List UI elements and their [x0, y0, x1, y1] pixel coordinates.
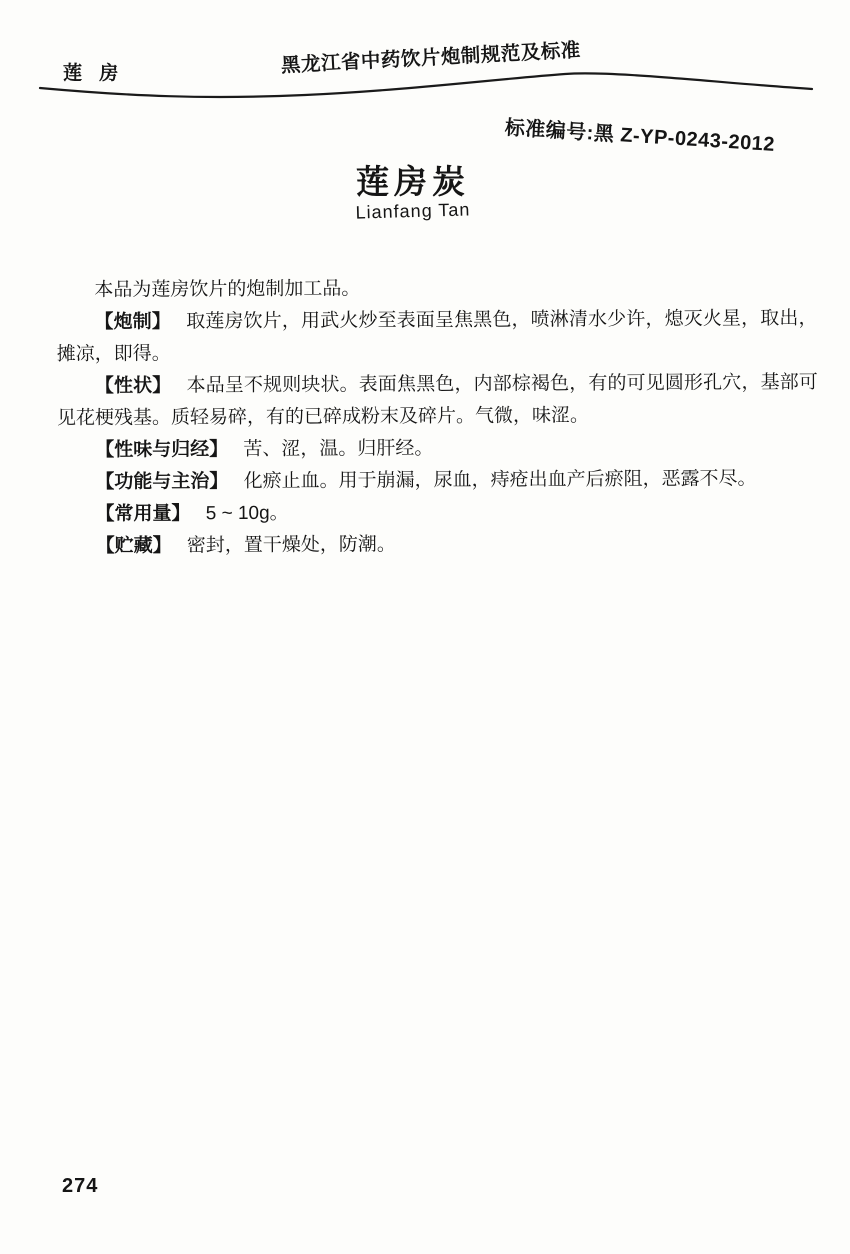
page-number: 274 [62, 1175, 98, 1198]
document-page: 莲 房 黑龙江省中药饮片炮制规范及标准 标准编号:黑 Z-YP-0243-201… [0, 0, 850, 1254]
section-text: 密封，置干燥处，防潮。 [187, 534, 396, 556]
section-label: 【功能与主治】 [95, 471, 228, 493]
running-head-center: 黑龙江省中药饮片炮制规范及标准 [280, 34, 581, 78]
section-text: 5 ~ 10g。 [206, 503, 289, 524]
monograph-paragraph: 【常用量】5 ~ 10g。 [57, 495, 818, 531]
monograph-paragraph: 【性状】本品呈不规则块状。表面焦黑色，内部棕褐色，有的可见圆形孔穴，基部可见花梗… [57, 367, 818, 435]
monograph-body: 本品为莲房饮片的炮制加工品。【炮制】取莲房饮片，用武火炒至表面呈焦黑色，喷淋清水… [56, 271, 818, 563]
monograph-paragraph: 【炮制】取莲房饮片，用武火炒至表面呈焦黑色，喷淋清水少许，熄灭火星，取出，摊凉，… [56, 303, 817, 371]
section-label: 【性状】 [95, 375, 172, 396]
section-label: 【性味与归经】 [95, 439, 228, 461]
monograph-paragraph: 本品为莲房饮片的炮制加工品。 [56, 271, 817, 307]
section-text: 化瘀止血。用于崩漏，尿血，痔疮出血产后瘀阻，恶露不尽。 [243, 468, 756, 492]
monograph-paragraph: 【性味与归经】苦、涩，温。归肝经。 [57, 431, 818, 467]
section-label: 【贮藏】 [96, 535, 172, 556]
section-text: 本品为莲房饮片的炮制加工品。 [94, 278, 360, 300]
section-text: 苦、涩，温。归肝经。 [243, 438, 433, 460]
section-label: 【常用量】 [95, 503, 190, 524]
section-label: 【炮制】 [94, 311, 171, 332]
standard-number: 标准编号:黑 Z-YP-0243-2012 [504, 111, 776, 157]
monograph-paragraph: 【功能与主治】化瘀止血。用于崩漏，尿血，痔疮出血产后瘀阻，恶露不尽。 [57, 463, 818, 499]
running-head-left: 莲 房 [63, 58, 124, 85]
monograph-paragraph: 【贮藏】密封，置干燥处，防潮。 [58, 527, 819, 563]
